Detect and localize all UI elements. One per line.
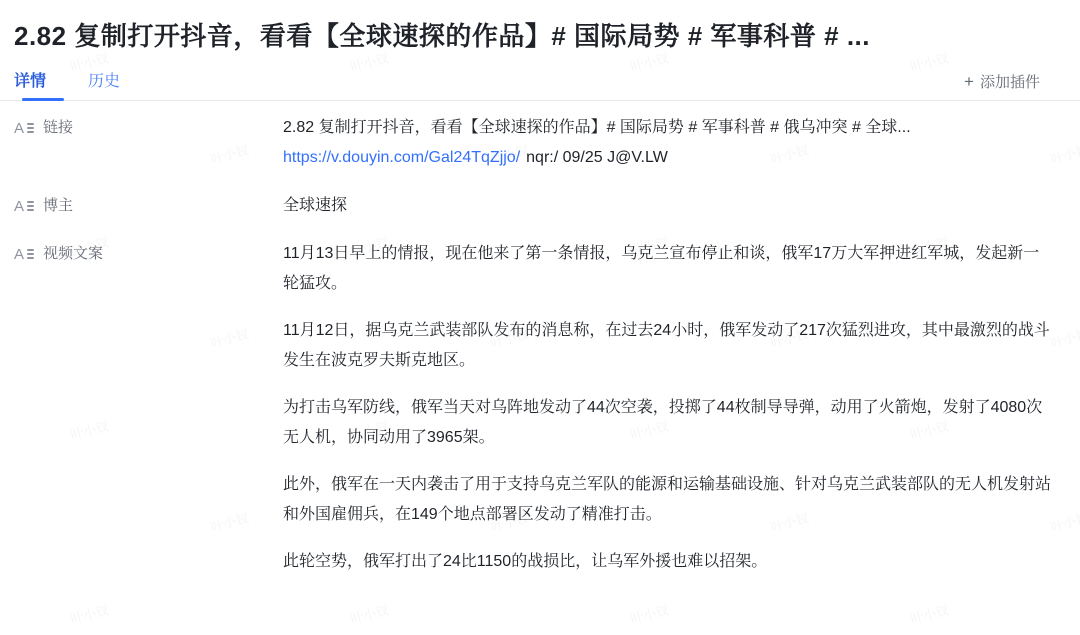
tab-bar: 详情 历史 + 添加插件 xyxy=(0,63,1080,101)
watermark-text: 叶小钗 xyxy=(908,599,951,627)
tab-active-underline xyxy=(22,98,64,101)
link-suffix-text: nqr:/ 09/25 J@V.LW xyxy=(526,149,668,166)
tab-details[interactable]: 详情 xyxy=(14,63,46,100)
add-plugin-label: 添加插件 xyxy=(980,71,1040,92)
watermark-text: 叶小钗 xyxy=(348,599,391,627)
text-field-type-icon: A xyxy=(14,121,34,136)
link-share-text: 2.82 复制打开抖音，看看【全球速探的作品】# 国际局势 # 军事科普 # 俄… xyxy=(283,113,1054,143)
field-label-transcript: A 视频文案 xyxy=(14,239,283,269)
field-row-blogger: A 博主 全球速探 xyxy=(0,191,1080,221)
transcript-paragraph: 为打击乌军防线，俄军当天对乌阵地发动了44次空袭，投掷了44枚制导导弹，动用了火… xyxy=(283,393,1054,453)
field-row-transcript: A 视频文案 11月13日早上的情报，现在他来了第一条情报，乌克兰宣布停止和谈，… xyxy=(0,239,1080,577)
add-plugin-button[interactable]: + 添加插件 xyxy=(964,71,1040,92)
watermark-text: 叶小钗 xyxy=(68,599,111,627)
tab-history[interactable]: 历史 xyxy=(88,63,120,100)
transcript-paragraph: 11月12日，据乌克兰武装部队发布的消息称，在过去24小时，俄军发动了217次猛… xyxy=(283,316,1054,376)
fields-container: A 链接 2.82 复制打开抖音，看看【全球速探的作品】# 国际局势 # 军事科… xyxy=(0,101,1080,577)
blogger-name: 全球速探 xyxy=(283,197,347,214)
field-label-link-text: 链接 xyxy=(43,113,73,143)
field-row-link: A 链接 2.82 复制打开抖音，看看【全球速探的作品】# 国际局势 # 军事科… xyxy=(0,113,1080,173)
record-detail-panel: 2.82 复制打开抖音，看看【全球速探的作品】# 国际局势 # 军事科普 # .… xyxy=(0,0,1080,635)
transcript-paragraph: 11月13日早上的情报，现在他来了第一条情报，乌克兰宣布停止和谈，俄军17万大军… xyxy=(283,239,1054,299)
tab-details-label: 详情 xyxy=(14,73,46,90)
field-label-blogger: A 博主 xyxy=(14,191,283,221)
field-value-blogger[interactable]: 全球速探 xyxy=(283,191,1054,221)
watermark-text: 叶小钗 xyxy=(628,599,671,627)
transcript-paragraph: 此外，俄军在一天内袭击了用于支持乌克兰军队的能源和运输基础设施、针对乌克兰武装部… xyxy=(283,470,1054,530)
douyin-link[interactable]: https://v.douyin.com/Gal24TqZjjo/ xyxy=(283,149,520,166)
field-label-link: A 链接 xyxy=(14,113,283,143)
field-value-link[interactable]: 2.82 复制打开抖音，看看【全球速探的作品】# 国际局势 # 军事科普 # 俄… xyxy=(283,113,1054,173)
field-label-transcript-text: 视频文案 xyxy=(43,239,103,269)
transcript-paragraph: 此轮空势，俄军打出了24比1150的战损比，让乌军外援也难以招架。 xyxy=(283,547,1054,577)
tab-history-label: 历史 xyxy=(88,73,120,90)
text-field-type-icon: A xyxy=(14,199,34,214)
page-title: 2.82 复制打开抖音，看看【全球速探的作品】# 国际局势 # 军事科普 # .… xyxy=(0,0,1080,63)
text-field-type-icon: A xyxy=(14,247,34,262)
link-line: https://v.douyin.com/Gal24TqZjjo/nqr:/ 0… xyxy=(283,143,1054,173)
field-value-transcript[interactable]: 11月13日早上的情报，现在他来了第一条情报，乌克兰宣布停止和谈，俄军17万大军… xyxy=(283,239,1054,577)
field-label-blogger-text: 博主 xyxy=(43,191,73,221)
plus-icon: + xyxy=(964,73,974,90)
